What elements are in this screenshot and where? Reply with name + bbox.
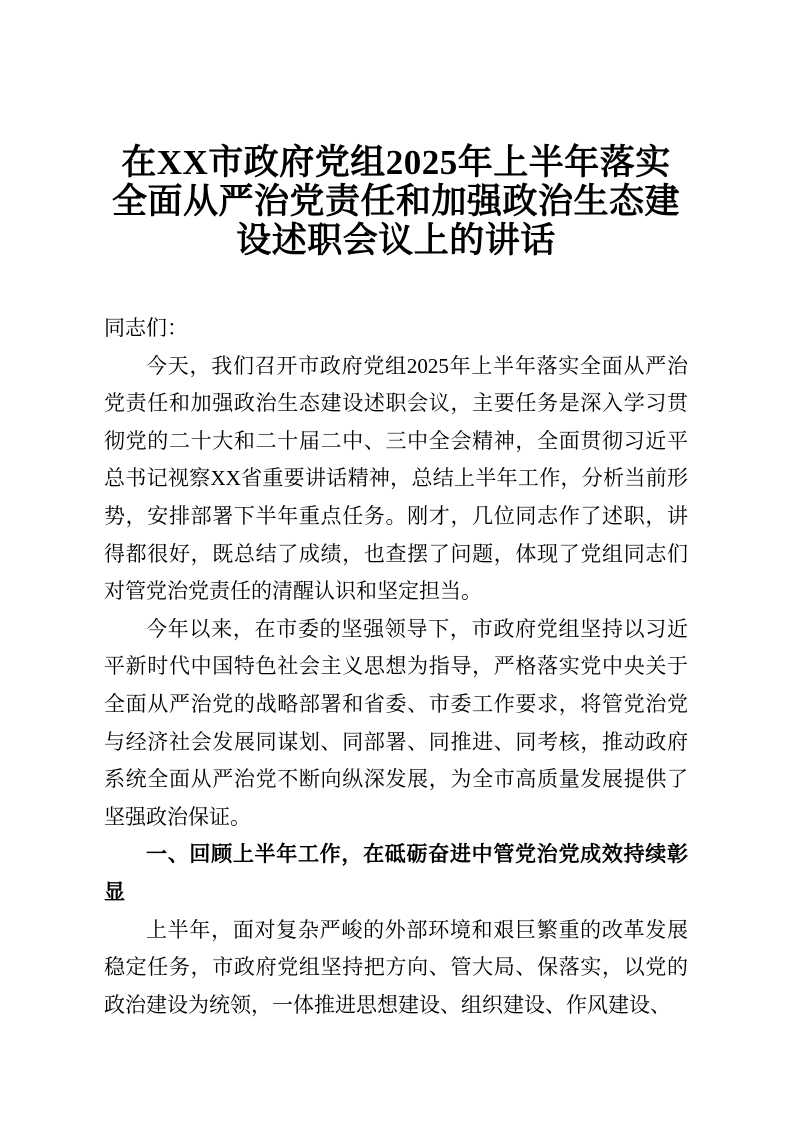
paragraph-2: 今年以来，在市委的坚强领导下，市政府党组坚持以习近平新时代中国特色社会主义思想为… — [104, 611, 688, 837]
paragraph-3: 上半年，面对复杂严峻的外部环境和艰巨繁重的改革发展稳定任务，市政府党组坚持把方向… — [104, 912, 688, 1025]
document-title: 在XX市政府党组2025年上半年落实全面从严治党责任和加强政治生态建设述职会议上… — [104, 143, 688, 260]
salutation: 同志们： — [104, 310, 688, 348]
document-body: 同志们： 今天，我们召开市政府党组2025年上半年落实全面从严治党责任和加强政治… — [104, 310, 688, 1024]
paragraph-1: 今天，我们召开市政府党组2025年上半年落实全面从严治党责任和加强政治生态建设述… — [104, 348, 688, 611]
section-heading-1: 一、回顾上半年工作，在砥砺奋进中管党治党成效持续彰显 — [104, 836, 688, 911]
document-page: 在XX市政府党组2025年上半年落实全面从严治党责任和加强政治生态建设述职会议上… — [0, 0, 793, 1122]
